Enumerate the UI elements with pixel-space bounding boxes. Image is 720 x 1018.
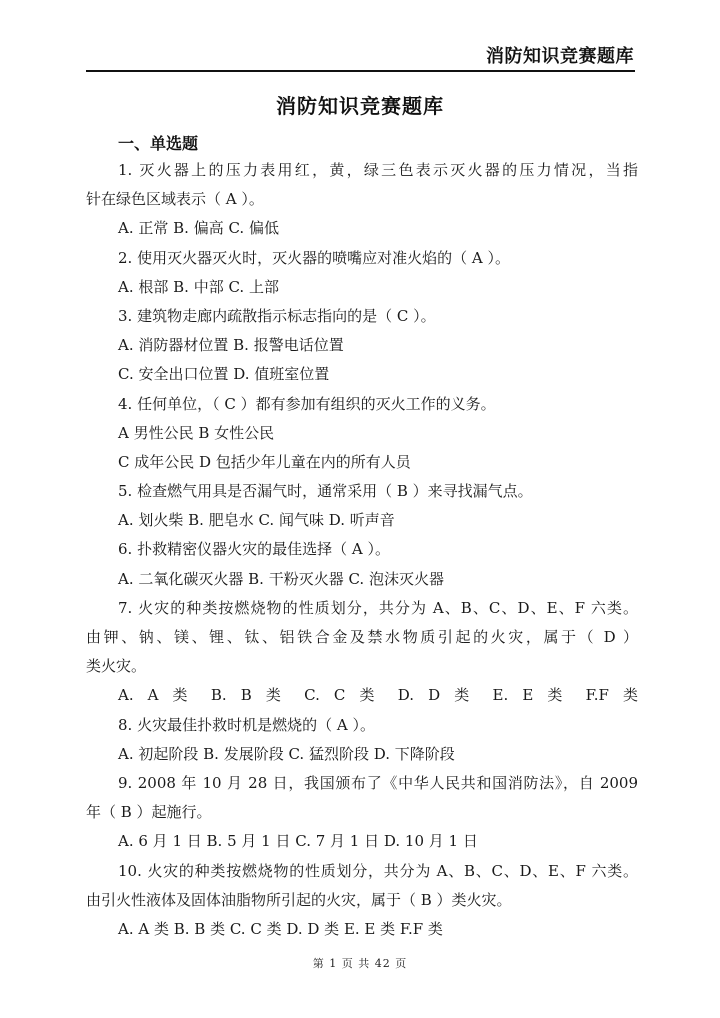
text-line: A. 二氧化碳灭火器 B. 干粉灭火器 C. 泡沫灭火器 xyxy=(86,565,638,594)
text-line: 针在绿色区域表示（ A ）。 xyxy=(86,185,638,214)
text-line: C. 安全出口位置 D. 值班室位置 xyxy=(86,360,638,389)
document-page: 消防知识竞赛题库 消防知识竞赛题库 一、单选题 1. 灭火器上的压力表用红，黄，… xyxy=(0,0,720,1018)
text-line: 类火灾。 xyxy=(86,652,638,681)
text-line: 6. 扑救精密仪器火灾的最佳选择（ A ）。 xyxy=(86,535,638,564)
text-line: 3. 建筑物走廊内疏散指示标志指向的是（ C ）。 xyxy=(86,302,638,331)
text-line: A. A 类 B. B 类 C. C 类 D. D 类 E. E 类 F.F 类 xyxy=(86,681,638,710)
text-line: 1. 灭火器上的压力表用红，黄，绿三色表示灭火器的压力情况，当指 xyxy=(86,156,638,185)
text-line: 由钾、钠、镁、锂、钛、铝铁合金及禁水物质引起的火灾，属于（ D ） xyxy=(86,623,638,652)
page-footer: 第 1 页 共 42 页 xyxy=(0,955,720,971)
text-line: A. 划火柴 B. 肥皂水 C. 闻气味 D. 听声音 xyxy=(86,506,638,535)
running-header-title: 消防知识竞赛题库 xyxy=(486,42,634,68)
text-line: A. 初起阶段 B. 发展阶段 C. 猛烈阶段 D. 下降阶段 xyxy=(86,740,638,769)
text-line: A. 6 月 1 日 B. 5 月 1 日 C. 7 月 1 日 D. 10 月… xyxy=(86,827,638,856)
text-line: 9. 2008 年 10 月 28 日，我国颁布了《中华人民共和国消防法》，自 … xyxy=(86,769,638,798)
text-line: A. A 类 B. B 类 C. C 类 D. D 类 E. E 类 F.F 类 xyxy=(86,915,638,944)
text-line: 7. 火灾的种类按燃烧物的性质划分，共分为 A、B、C、D、E、F 六类。 xyxy=(86,594,638,623)
header-rule xyxy=(86,70,635,72)
text-line: 2. 使用灭火器灭火时，灭火器的喷嘴应对准火焰的（ A ）。 xyxy=(86,244,638,273)
text-line: A. 正常 B. 偏高 C. 偏低 xyxy=(86,214,638,243)
text-line: A. 消防器材位置 B. 报警电话位置 xyxy=(86,331,638,360)
text-line: 4. 任何单位，（ C ）都有参加有组织的灭火工作的义务。 xyxy=(86,390,638,419)
text-line: A 男性公民 B 女性公民 xyxy=(86,419,638,448)
text-line: 5. 检查燃气用具是否漏气时，通常采用（ B ）来寻找漏气点。 xyxy=(86,477,638,506)
text-line: A. 根部 B. 中部 C. 上部 xyxy=(86,273,638,302)
text-line: 由引火性液体及固体油脂物所引起的火灾，属于（ B ）类火灾。 xyxy=(86,886,638,915)
section-heading: 一、单选题 xyxy=(118,131,198,154)
text-line: 10. 火灾的种类按燃烧物的性质划分，共分为 A、B、C、D、E、F 六类。 xyxy=(86,857,638,886)
question-list: 1. 灭火器上的压力表用红，黄，绿三色表示灭火器的压力情况，当指针在绿色区域表示… xyxy=(86,156,638,944)
text-line: 年（ B ）起施行。 xyxy=(86,798,638,827)
text-line: 8. 火灾最佳扑救时机是燃烧的（ A ）。 xyxy=(86,711,638,740)
text-line: C 成年公民 D 包括少年儿童在内的所有人员 xyxy=(86,448,638,477)
document-title: 消防知识竞赛题库 xyxy=(0,90,720,119)
